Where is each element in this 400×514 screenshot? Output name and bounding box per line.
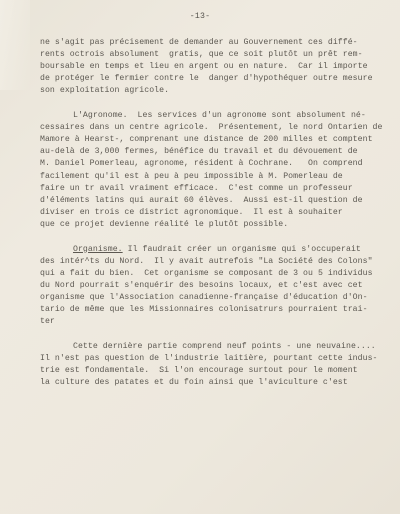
text-line: la culture des patates et du foin ainsi …: [40, 377, 375, 389]
text-line: rents octrois absolument gratis, que ce …: [40, 49, 375, 61]
text-line: M. Daniel Pomerleau, agronome, résident …: [40, 158, 375, 170]
text-line: qui a fait du bien. Cet organisme se com…: [40, 268, 375, 280]
text-line: organisme que l'Association canadienne-f…: [40, 292, 375, 304]
document-page: -13- ne s'agit pas précisement de demand…: [0, 0, 400, 514]
paragraph-financing: ne s'agit pas précisement de demander au…: [40, 37, 375, 97]
paragraph-agronome: L'Agronome. Les services d'un agronome s…: [40, 110, 375, 231]
document-body: ne s'agit pas précisement de demander au…: [40, 37, 375, 389]
section-heading: Organisme.: [73, 245, 123, 254]
text-line: Organisme. Il faudrait créer un organism…: [40, 244, 375, 256]
paragraph-conclusion: Cette dernière partie comprend neuf poin…: [40, 341, 375, 389]
text-line: diviser en trois ce district agronomique…: [40, 207, 375, 219]
text-line: facilement qu'il est à peu à peu impossi…: [40, 171, 375, 183]
text-line: tario de même que les Missionnaires colo…: [40, 304, 375, 316]
text-line: d'éléments latins qui aurait 60 élèves. …: [40, 195, 375, 207]
text-line: du Nord pourrait s'enquérir des besoins …: [40, 280, 375, 292]
text-line: ter: [40, 316, 375, 328]
text-line: ne s'agit pas précisement de demander au…: [40, 37, 375, 49]
text-line: Mamore à Hearst-, comprenant une distanc…: [40, 134, 375, 146]
text-line: que ce projet devienne réalité le plutôt…: [40, 219, 375, 231]
text-line: cessaires dans un centre agricole. Prése…: [40, 122, 375, 134]
text-line: boursable en temps et lieu en argent ou …: [40, 61, 375, 73]
text-line: L'Agronome. Les services d'un agronome s…: [40, 110, 375, 122]
text-line: faire un tr avail vraiment efficace. C'e…: [40, 183, 375, 195]
text-fragment: Il faudrait créer un organisme qui s'occ…: [123, 245, 361, 254]
text-line: de protéger le fermier contre le danger …: [40, 73, 375, 85]
text-line: son exploitation agricole.: [40, 85, 375, 97]
text-line: trie est fondamentale. Si l'on encourage…: [40, 365, 375, 377]
paragraph-organisme: Organisme. Il faudrait créer un organism…: [40, 244, 375, 329]
page-number: -13-: [0, 12, 400, 21]
text-line: Il n'est pas question de l'industrie lai…: [40, 353, 375, 365]
text-line: Cette dernière partie comprend neuf poin…: [40, 341, 375, 353]
text-line: au-delà de 3,000 fermes, bénéfice du tra…: [40, 146, 375, 158]
text-line: des intér^ts du Nord. Il y avait autrefo…: [40, 256, 375, 268]
